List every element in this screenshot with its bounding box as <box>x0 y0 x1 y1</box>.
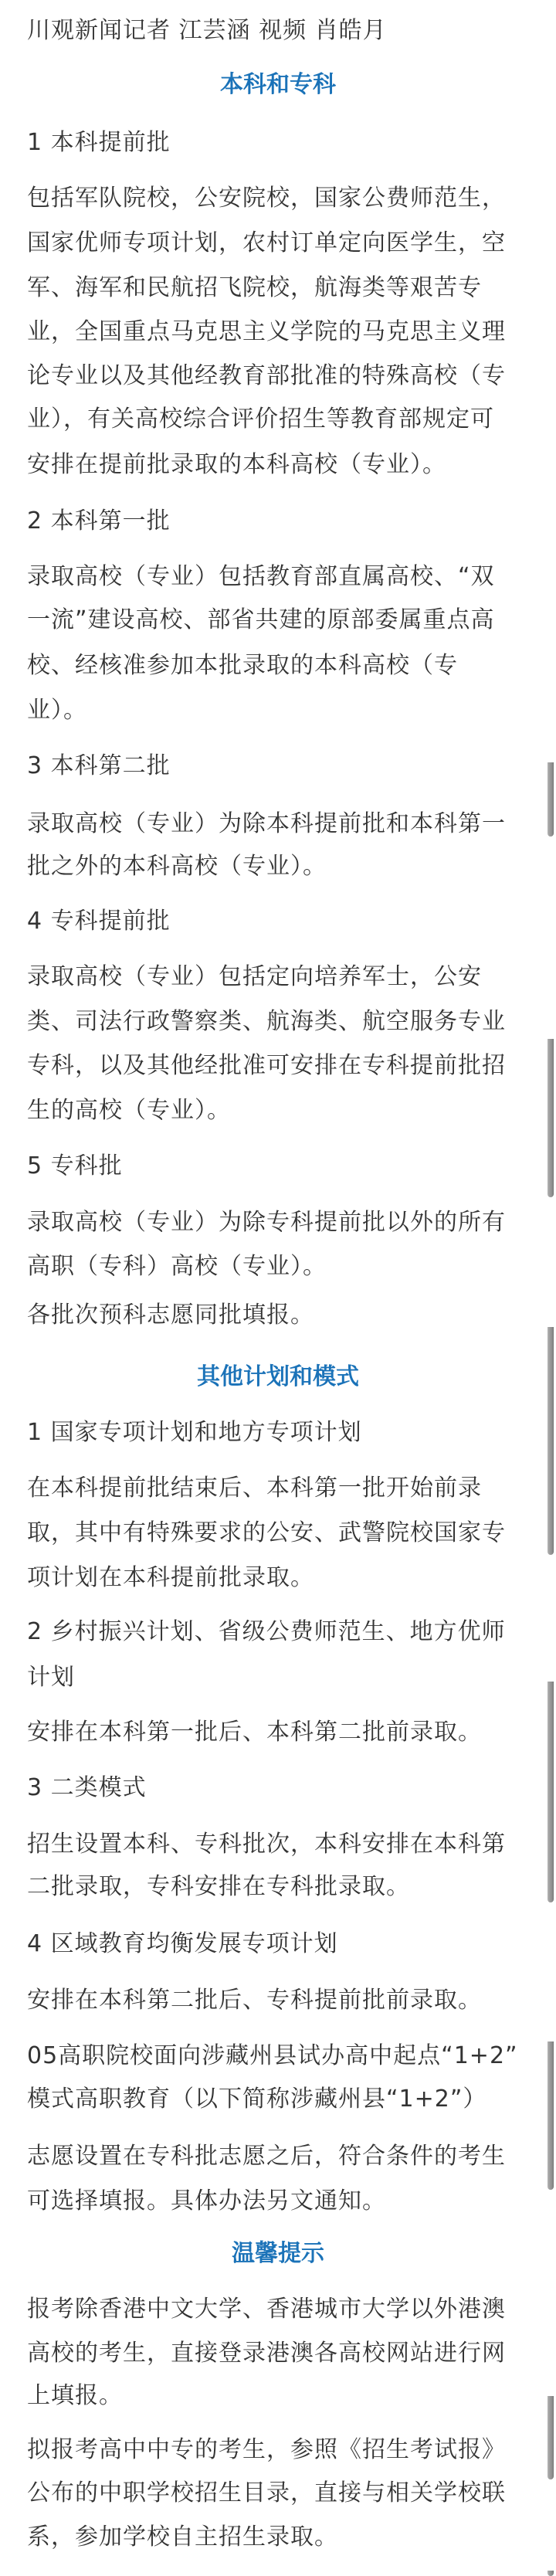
paragraph-line: 高职（专科）高校（专业）。 <box>27 1251 537 1282</box>
subheading-second-category-mode: 3 二类模式 <box>27 1773 537 1804</box>
paragraph-line: 业），有关高校综合评价招生等教育部规定可 <box>27 404 537 435</box>
subheading-rural-revitalization-plan: 2 乡村振兴计划、省级公费师范生、地方优师 <box>27 1617 537 1648</box>
paragraph-line: 录取高校（专业）包括教育部直属高校、“双 <box>27 562 537 592</box>
section-heading-tips: 温馨提示 <box>0 2238 556 2269</box>
subheading-regional-balance-plan: 4 区域教育均衡发展专项计划 <box>27 1929 537 1960</box>
paragraph-line: 安排在提前批录取的本科高校（专业）。 <box>27 450 537 480</box>
paragraph-line: 项计划在本科提前批录取。 <box>27 1563 537 1593</box>
paragraph-line: 业）。 <box>27 695 537 726</box>
paragraph-line: 公布的中职学校招生目录，直接与相关学校联 <box>27 2478 537 2509</box>
paragraph-line: 国家优师专项计划，农村订单定向医学生，空 <box>27 228 537 259</box>
paragraph-line: 安排在本科第二批后、专科提前批前录取。 <box>27 1985 537 2016</box>
paragraph-line: 志愿设置在专科批志愿之后，符合条件的考生 <box>27 2141 537 2172</box>
paragraph-line: 类、司法行政警察类、航海类、航空服务专业 <box>27 1006 537 1037</box>
paragraph-line: 上填报。 <box>27 2381 537 2411</box>
paragraph-line: 生的高校（专业）。 <box>27 1095 537 1126</box>
paragraph-line: 系，参加学校自主招生录取。 <box>27 2522 537 2553</box>
scrollbar-thumb[interactable] <box>548 1682 554 1902</box>
section-heading-undergrad-and-college: 本科和专科 <box>0 70 556 100</box>
paragraph-line: 录取高校（专业）包括定向培养军士，公安 <box>27 962 537 993</box>
subheading-undergrad-second-batch: 3 本科第二批 <box>27 751 537 782</box>
paragraph-line: 在本科提前批结束后、本科第一批开始前录 <box>27 1473 537 1504</box>
paragraph-line: 录取高校（专业）为除本科提前批和本科第一 <box>27 809 537 840</box>
subheading-college-batch: 5 专科批 <box>27 1151 537 1182</box>
paragraph-line: 招生设置本科、专科批次，本科安排在本科第 <box>27 1829 537 1860</box>
paragraph-line: 业，全国重点马克思主义学院的马克思主义理 <box>27 317 537 348</box>
scrollbar-thumb[interactable] <box>548 762 554 837</box>
paragraph-line: 报考除香港中文大学、香港城市大学以外港澳 <box>27 2294 537 2325</box>
paragraph-line: 包括军队院校，公安院校，国家公费师范生， <box>27 183 537 214</box>
paragraph-line: 一流”建设高校、部省共建的原部委属重点高 <box>27 605 537 636</box>
scrollbar-thumb[interactable] <box>548 2041 554 2190</box>
paragraph-line: 高校的考生，直接登录港澳各高校网站进行网 <box>27 2338 537 2369</box>
paragraph-line: 各批次预科志愿同批填报。 <box>27 1300 537 1331</box>
paragraph-line: 军、海军和民航招飞院校，航海类等艰苦专 <box>27 273 537 304</box>
subheading-college-early-batch: 4 专科提前批 <box>27 906 537 937</box>
paragraph-line: 二批录取，专科安排在专科批录取。 <box>27 1872 537 1902</box>
paragraph-line: 录取高校（专业）为除专科提前批以外的所有 <box>27 1207 537 1238</box>
scrollbar-thumb[interactable] <box>548 1327 554 1555</box>
paragraph-line: 专科，以及其他经批准可安排在专科提前批招 <box>27 1050 537 1081</box>
paragraph-line: 取，其中有特殊要求的公安、武警院校国家专 <box>27 1518 537 1549</box>
paragraph-line: 校、经核准参加本批录取的本科高校（专 <box>27 650 537 681</box>
paragraph-line: 安排在本科第一批后、本科第二批前录取。 <box>27 1717 537 1748</box>
subheading-rural-revitalization-plan-cont: 计划 <box>27 1662 537 1693</box>
section-heading-other-plans: 其他计划和模式 <box>0 1362 556 1393</box>
subheading-undergrad-first-batch: 2 本科第一批 <box>27 506 537 537</box>
subheading-tibetan-1plus2-cont: 模式高职教育（以下简称涉藏州县“1+2”） <box>27 2084 537 2115</box>
subheading-tibetan-1plus2: 05高职院校面向涉藏州县试办高中起点“1+2” <box>27 2041 537 2072</box>
byline: 川观新闻记者 江芸涵 视频 肖皓月 <box>27 15 537 46</box>
subheading-undergrad-early-batch: 1 本科提前批 <box>27 127 537 158</box>
subheading-national-local-special-plan: 1 国家专项计划和地方专项计划 <box>27 1417 537 1448</box>
paragraph-line: 批之外的本科高校（专业）。 <box>27 851 537 882</box>
scrollbar-thumb[interactable] <box>548 2396 554 2479</box>
paragraph-line: 拟报考高中中专的考生，参照《招生考试报》 <box>27 2435 537 2466</box>
paragraph-line: 论专业以及其他经教育部批准的特殊高校（专 <box>27 361 537 392</box>
scrollbar-thumb[interactable] <box>548 2571 554 2576</box>
scrollbar-thumb[interactable] <box>548 1039 554 1197</box>
paragraph-line: 可选择填报。具体办法另文通知。 <box>27 2186 537 2217</box>
